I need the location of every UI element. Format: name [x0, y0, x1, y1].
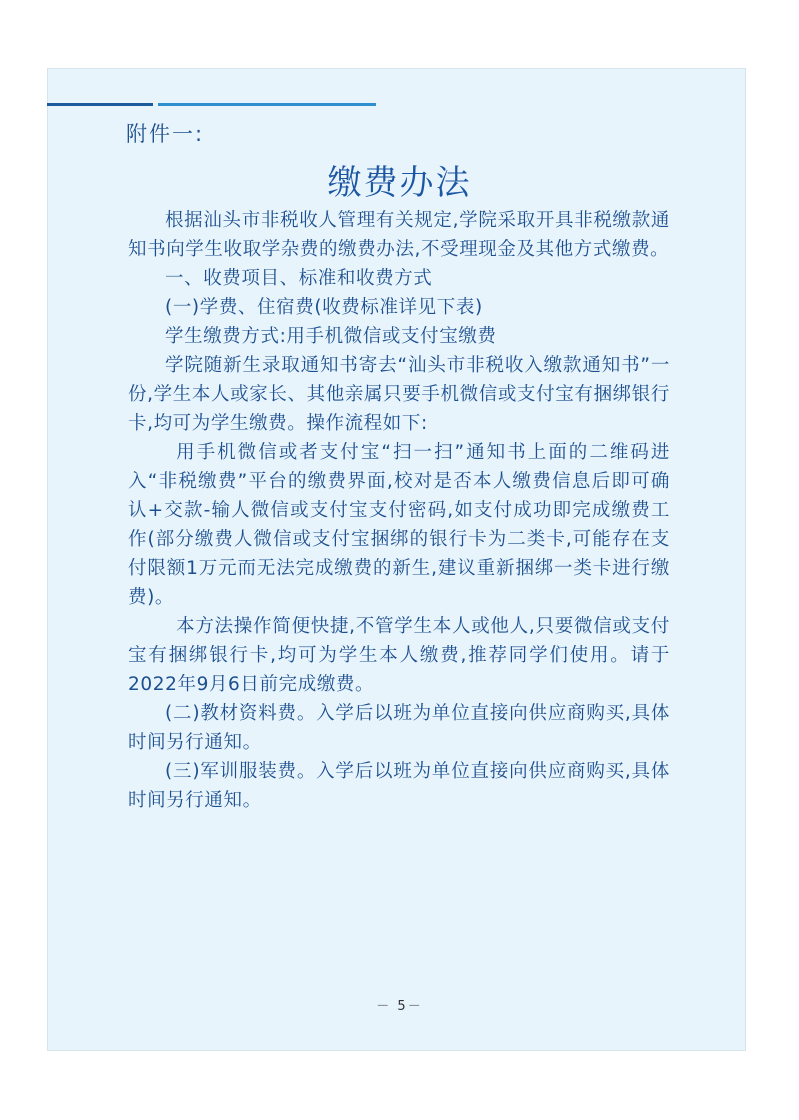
paragraph-payment-method: 学生缴费方式:用手机微信或支付宝缴费: [128, 322, 670, 351]
paragraph-recommendation: 本方法操作简便快捷,不管学生本人或他人,只要微信或支付宝有捆绑银行卡,均可为学生…: [128, 612, 670, 699]
paragraph-scan-steps: 用手机微信或者支付宝“扫一扫”通知书上面的二维码进入“非税缴费”平台的缴费界面,…: [128, 438, 670, 612]
section-heading-1: 一、收费项目、标准和收费方式: [128, 264, 670, 293]
page-number: － 5－: [0, 995, 799, 1014]
annex-label: 附件一:: [126, 118, 204, 148]
paragraph-notice-mailing: 学院随新生录取通知书寄去“汕头市非税收入缴款通知书”一份,学生本人或家长、其他亲…: [128, 351, 670, 438]
header-rule-light: [158, 103, 376, 106]
paragraph-intro: 根据汕头市非税收人管理有关规定,学院采取开具非税缴款通知书向学生收取学杂费的缴费…: [128, 206, 670, 264]
document-body: 根据汕头市非税收人管理有关规定,学院采取开具非税缴款通知书向学生收取学杂费的缴费…: [128, 206, 670, 815]
subsection-uniform-fee: (三)军训服装费。入学后以班为单位直接向供应商购买,具体时间另行通知。: [128, 757, 670, 815]
subsection-textbook-fee: (二)教材资料费。入学后以班为单位直接向供应商购买,具体时间另行通知。: [128, 699, 670, 757]
document-title: 缴费办法: [0, 155, 799, 204]
header-rule-dark: [47, 103, 153, 106]
subsection-heading-tuition: (一)学费、住宿费(收费标准详见下表): [128, 293, 670, 322]
